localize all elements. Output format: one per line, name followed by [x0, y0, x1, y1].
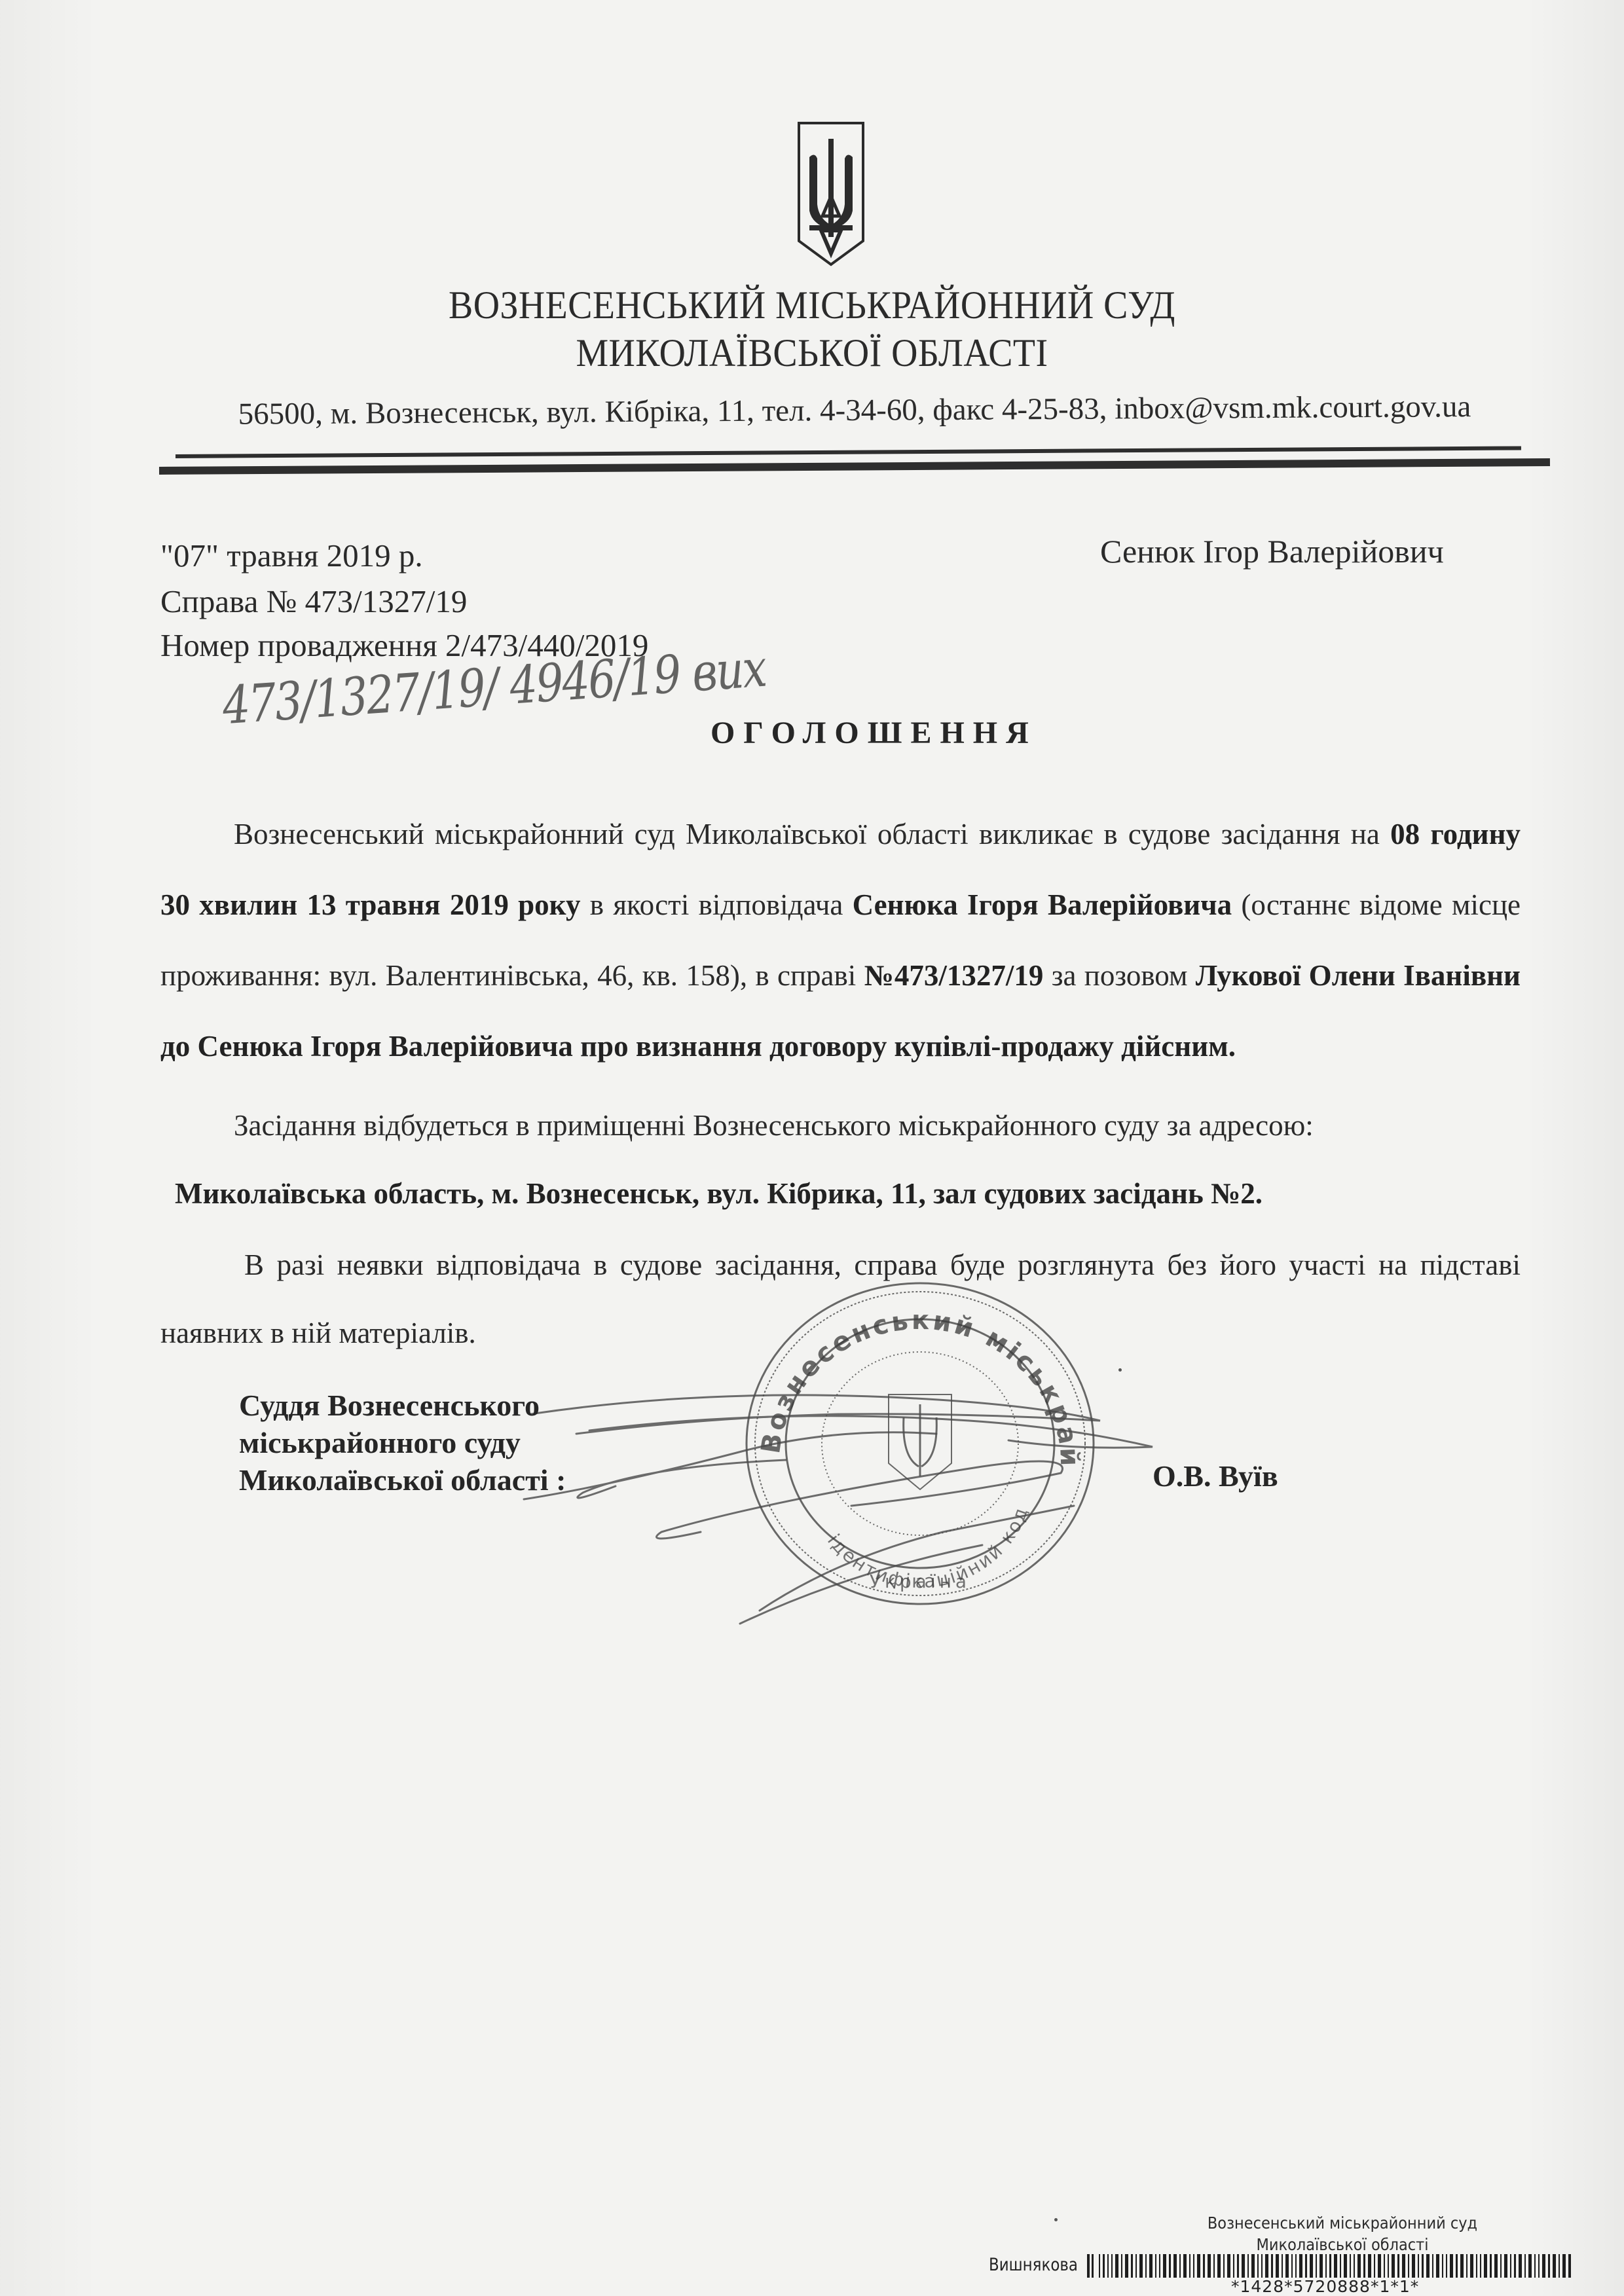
- footer-court-line2: Миколаївської області: [1195, 2235, 1490, 2254]
- scan-speck: [1054, 2218, 1058, 2221]
- announcement-paragraph-1: Вознесенський міськрайонний суд Миколаїв…: [160, 799, 1521, 1082]
- p1-text-1: Вознесенський міськрайонний суд Миколаїв…: [234, 818, 1390, 850]
- barcode: [1087, 2254, 1572, 2278]
- p1-text-2: в якості відповідача: [580, 888, 852, 921]
- judge-title-line1: Суддя Вознесенського: [239, 1387, 566, 1424]
- scan-speck: [1118, 1368, 1122, 1372]
- clerk-name: Вишнякова: [989, 2255, 1078, 2275]
- judge-title-line3: Миколаївської області :: [239, 1461, 566, 1499]
- judge-signature: [511, 1336, 1179, 1637]
- defendant-name: Сенюка Ігоря Валерійовича: [853, 888, 1232, 921]
- court-name-line2: МИКОЛАЇВСЬКОЇ ОБЛАСТІ: [57, 331, 1567, 376]
- judge-title-line2: міськрайонного суду: [239, 1424, 566, 1461]
- case-ref: №473/1327/19: [864, 959, 1044, 992]
- case-number: Справа № 473/1327/19: [160, 583, 467, 620]
- document-title: ОГОЛОШЕННЯ: [710, 715, 1037, 751]
- trident-coat-of-arms-icon: [795, 119, 867, 268]
- header-divider-thick: [159, 458, 1550, 475]
- header-divider-thin: [175, 446, 1521, 458]
- judge-title: Суддя Вознесенського міськрайонного суду…: [239, 1387, 566, 1499]
- recipient-name: Сенюк Ігор Валерійович: [1100, 532, 1444, 570]
- p2-text-1: Засідання відбудеться в приміщенні Возне…: [234, 1109, 1314, 1142]
- court-name-line1: ВОЗНЕСЕНСЬКИЙ МІСЬКРАЙОННИЙ СУД: [57, 283, 1567, 328]
- document-date: "07" травня 2019 р.: [160, 537, 423, 574]
- judge-name: О.В. Вуїв: [1153, 1459, 1278, 1493]
- p1-text-4: за позовом: [1043, 959, 1195, 992]
- court-address: 56500, м. Вознесенськ, вул. Кібріка, 11,…: [196, 389, 1513, 432]
- footer-court-line1: Вознесенський міськрайонний суд: [1195, 2214, 1490, 2232]
- barcode-number: *1428*5720888*1*1*: [1231, 2277, 1419, 2296]
- announcement-paragraph-2: Засідання відбудеться в приміщенні Возне…: [160, 1091, 1521, 1228]
- hearing-address: Миколаївська область, м. Вознесенськ, ву…: [175, 1159, 1521, 1228]
